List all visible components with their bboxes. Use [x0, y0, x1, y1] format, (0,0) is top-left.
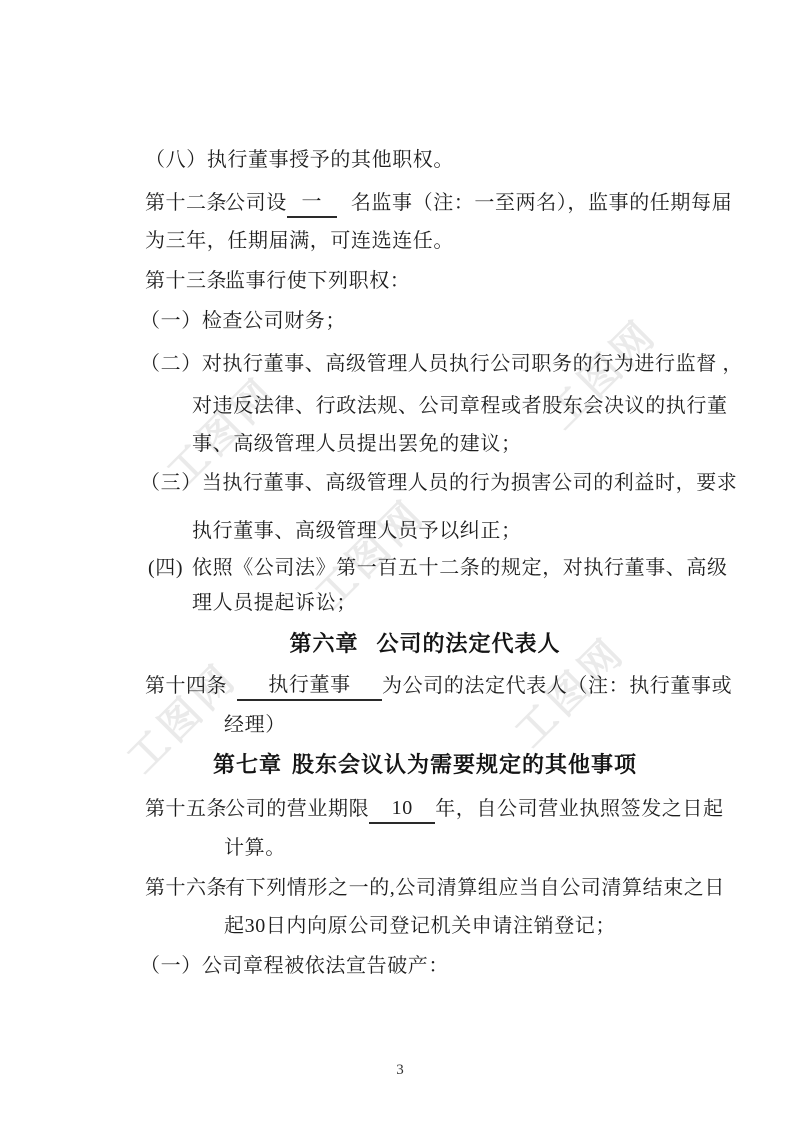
article-15-cont-line: 计算。: [224, 833, 286, 863]
article-16-line-1: 第十六条有下列情形之一的,公司清算组应当自公司清算结束之日: [145, 873, 725, 903]
item-2-text-2: 对违反法律、行政法规、公司章程或者股东会决议的执行董: [192, 395, 728, 417]
article-12-blank-value: 一: [287, 189, 337, 218]
item-1b-label: （一）: [140, 955, 202, 977]
chapter-6-heading: 第六章公司的法定代表人: [145, 628, 705, 660]
article-12-pre: 公司设: [225, 192, 287, 214]
item-4-line-2: 理人员提起诉讼；: [192, 588, 357, 618]
article-16-text-2: 起30日内向原公司登记机关申请注销登记；: [224, 915, 616, 937]
item-3-line-1: （三）当执行董事、高级管理人员的行为损害公司的利益时，要求: [140, 468, 737, 498]
chapter-6-number: 第六章: [289, 631, 358, 656]
item-2-line-2: 对违反法律、行政法规、公司章程或者股东会决议的执行董: [192, 391, 728, 421]
article-12-post: 名监事（注：一至两名），监事的任期每届: [351, 192, 732, 214]
document-page: 工图网 工图网 工图网 工图网 工图网 （八）执行董事授予的其他职权。 第十二条…: [0, 0, 800, 1132]
item-2-text-3: 事、高级管理人员提出罢免的建议；: [192, 433, 522, 455]
item-4-text-2: 理人员提起诉讼；: [192, 592, 357, 614]
item-1-text: 检查公司财务；: [202, 310, 346, 332]
item-3-text-1: 当执行董事、高级管理人员的行为损害公司的利益时，要求: [202, 472, 738, 494]
item-4-label: (四): [148, 553, 192, 583]
article-15-blank-value: 10: [369, 795, 435, 824]
article-15-cont-text: 计算。: [224, 837, 286, 859]
item-2-line-1: （二）对执行董事、高级管理人员执行公司职务的行为进行监督 ，: [140, 349, 743, 379]
article-14-post: 为公司的法定代表人（注：执行董事或: [382, 675, 732, 697]
article-14-blank-value: 执行董事: [237, 672, 382, 701]
item-2-text-1: 对执行董事、高级管理人员执行公司职务的行为进行监督 ，: [202, 353, 743, 375]
item-1b-text: 公司章程被依法宣告破产：: [202, 955, 449, 977]
article-16-label: 第十六条: [145, 873, 225, 903]
clause-viii-label: （八）: [145, 149, 207, 171]
article-14-line: 第十四条执行董事为公司的法定代表人（注：执行董事或: [145, 671, 732, 701]
clause-viii-line: （八）执行董事授予的其他职权。: [145, 145, 454, 175]
chapter-7-number: 第七章: [213, 752, 282, 777]
page-number: 3: [0, 1062, 800, 1079]
chapter-7-title: 股东会议认为需要规定的其他事项: [292, 752, 637, 777]
chapter-6-title: 公司的法定代表人: [377, 631, 561, 656]
article-14-cont-line: 经理）: [224, 710, 286, 740]
article-14-label: 第十四条: [145, 671, 225, 701]
chapter-7-heading: 第七章股东会议认为需要规定的其他事项: [145, 749, 705, 781]
item-1-label: （一）: [140, 310, 202, 332]
item-3-label: （三）: [140, 472, 202, 494]
article-12-cont-line: 为三年，任期届满，可连选连任。: [145, 226, 454, 256]
item-3-text-2: 执行董事、高级管理人员予以纠正；: [192, 520, 522, 542]
article-16-text-1: 有下列情形之一的,公司清算组应当自公司清算结束之日: [225, 877, 725, 899]
article-15-label: 第十五条: [145, 794, 225, 824]
article-15-line: 第十五条公司的营业期限10年，自公司营业执照签发之日起: [145, 794, 724, 824]
article-15-post: 年，自公司营业执照签发之日起: [435, 798, 723, 820]
item-2-line-3: 事、高级管理人员提出罢免的建议；: [192, 429, 522, 459]
item-4-text-1: 依照《公司法》第一百五十二条的规定，对执行董事、高级: [192, 557, 728, 579]
item-2-label: （二）: [140, 353, 202, 375]
article-13-line: 第十三条监事行使下列职权：: [145, 266, 410, 296]
item-1b-line: （一）公司章程被依法宣告破产：: [140, 951, 449, 981]
article-12-line: 第十二条公司设一名监事（注：一至两名），监事的任期每届: [145, 188, 732, 218]
item-4-line-1: (四)依照《公司法》第一百五十二条的规定，对执行董事、高级: [148, 553, 728, 583]
item-3-line-2: 执行董事、高级管理人员予以纠正；: [192, 516, 522, 546]
article-16-line-2: 起30日内向原公司登记机关申请注销登记；: [224, 911, 616, 941]
clause-viii-text: 执行董事授予的其他职权。: [207, 149, 454, 171]
article-14-cont-text: 经理）: [224, 714, 286, 736]
article-13-label: 第十三条: [145, 266, 225, 296]
article-15-pre: 公司的营业期限: [225, 798, 369, 820]
article-12-cont-text: 为三年，任期届满，可连选连任。: [145, 230, 454, 252]
article-13-text: 监事行使下列职权：: [225, 270, 410, 292]
article-12-label: 第十二条: [145, 188, 225, 218]
item-1-line: （一）检查公司财务；: [140, 306, 346, 336]
